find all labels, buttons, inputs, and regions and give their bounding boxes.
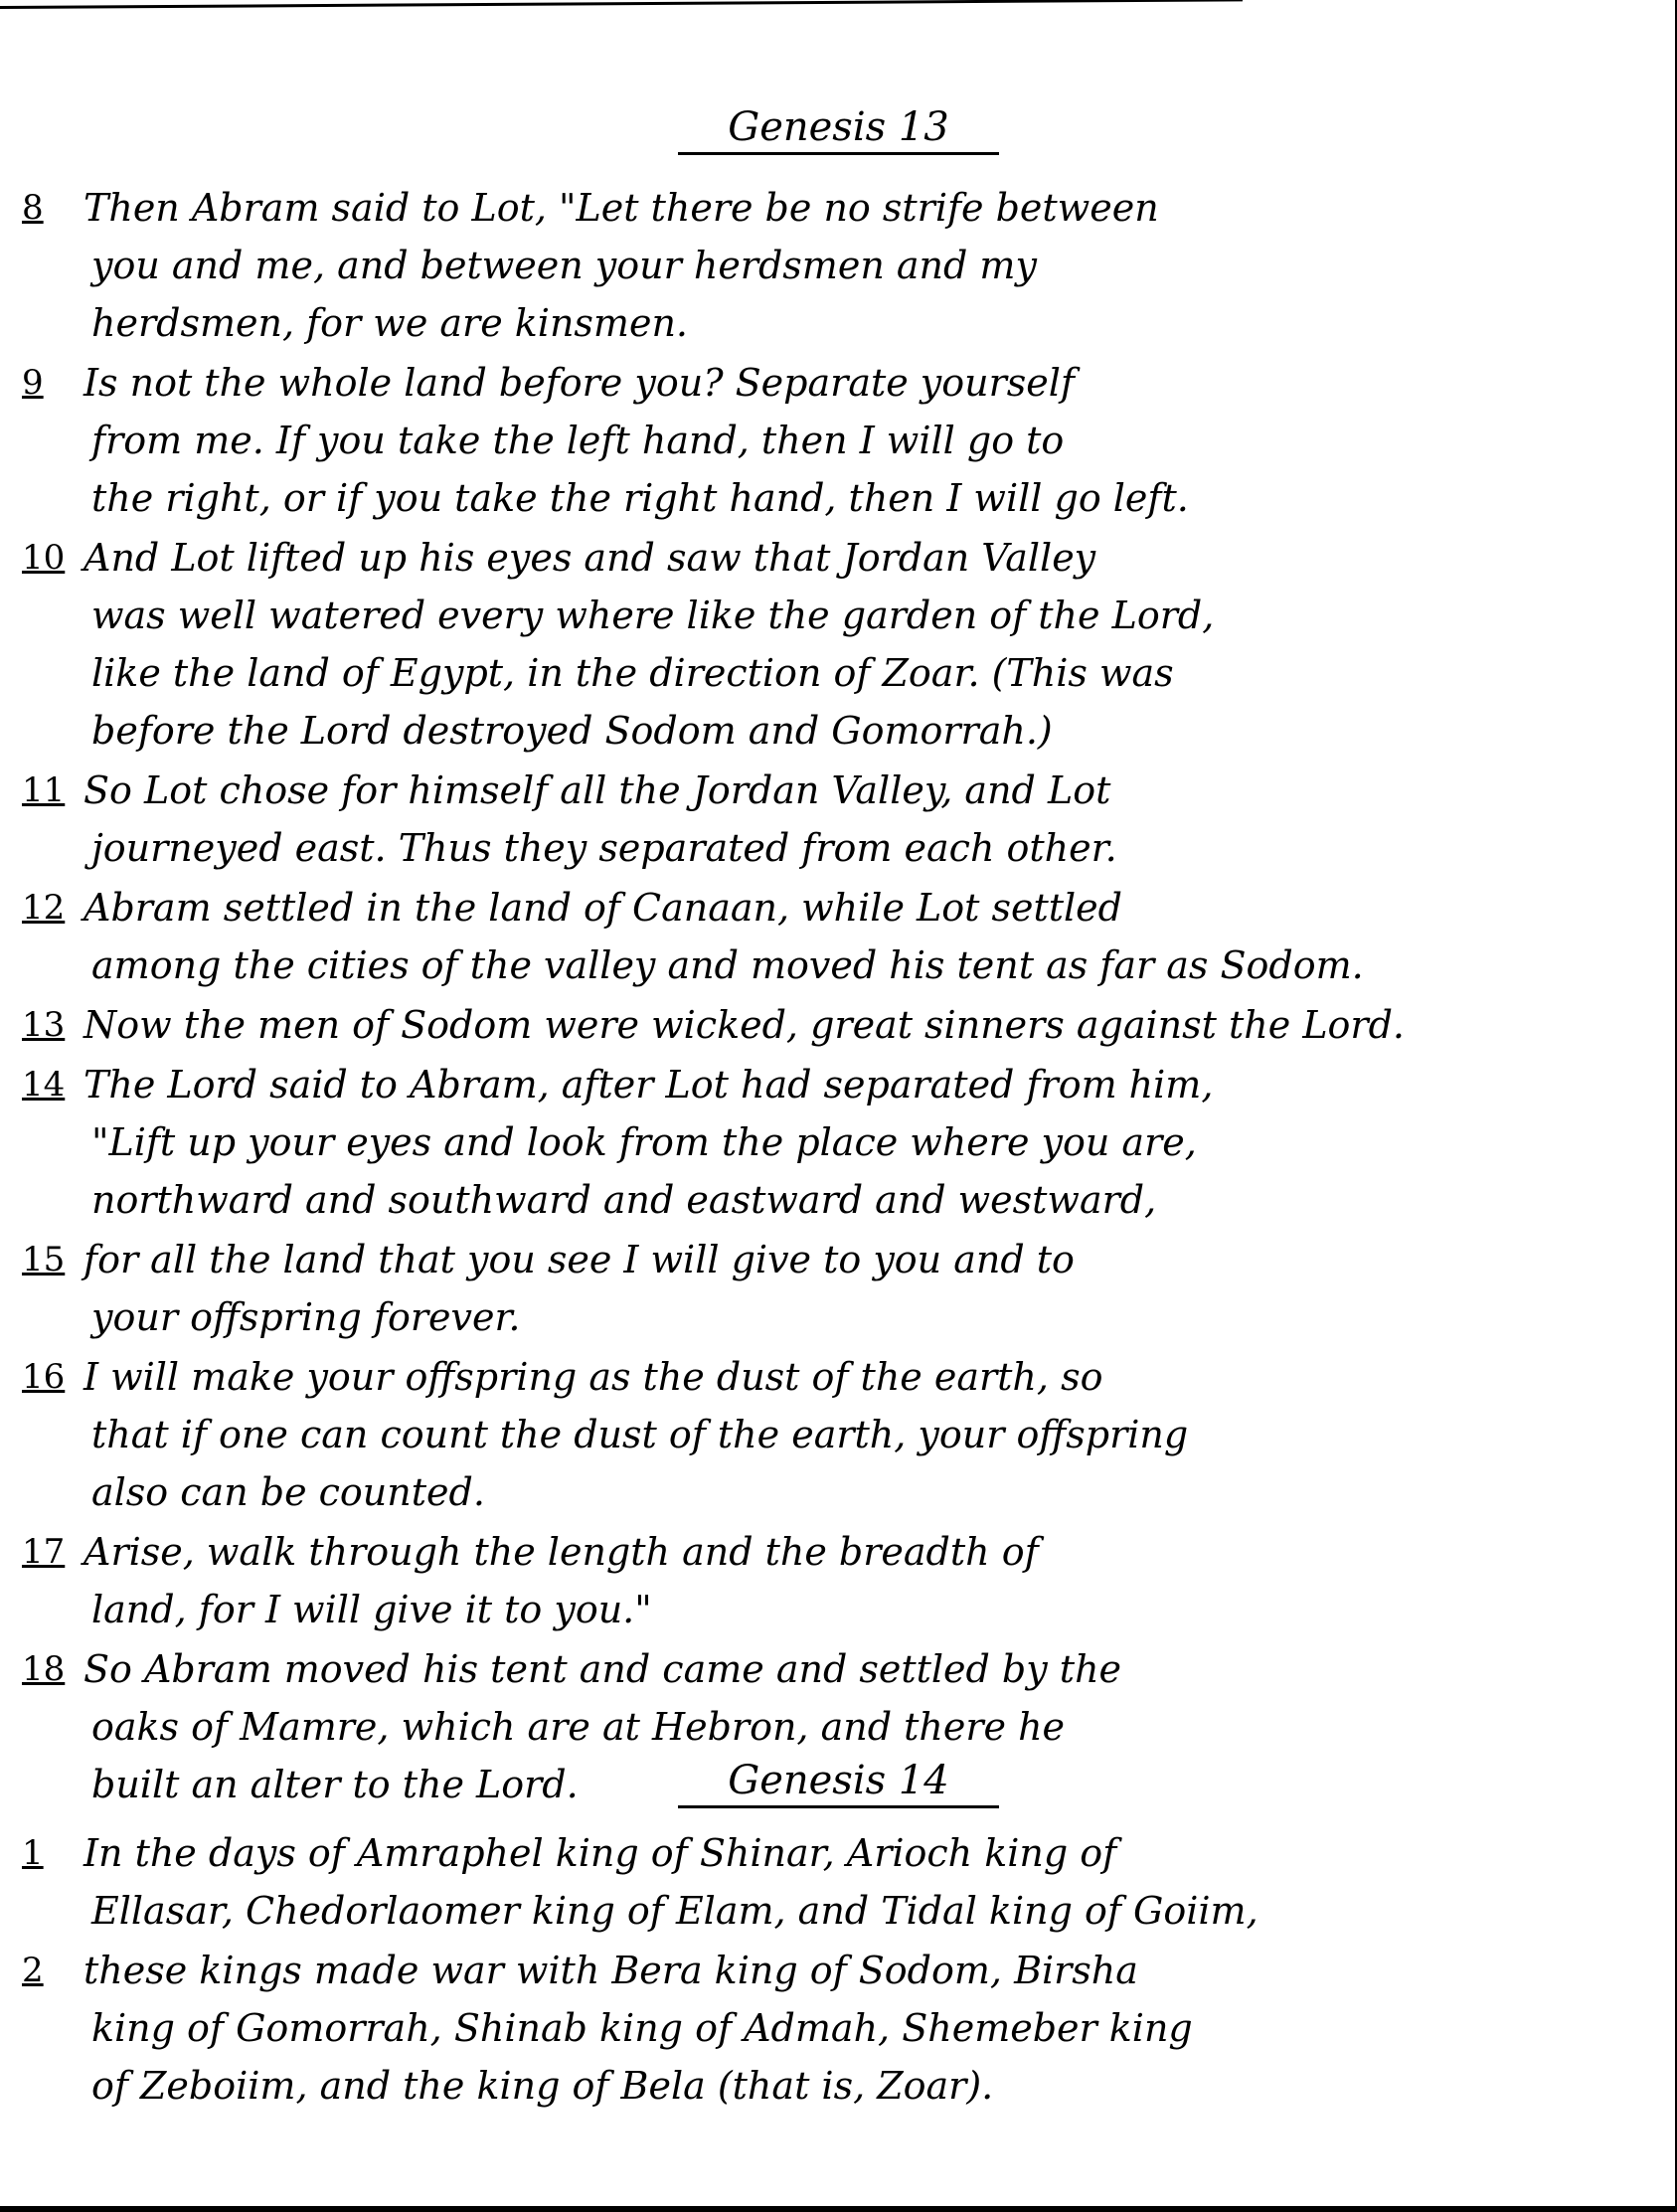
verse: 16I will make your offspring as the dust… <box>22 1348 1652 1521</box>
verse-number: 2 <box>22 1942 70 1999</box>
verse-line: for all the land that you see I will giv… <box>84 1231 1652 1288</box>
verse-line: northward and southward and eastward and… <box>91 1171 1652 1229</box>
verse-number: 12 <box>22 879 70 936</box>
verse-line: the right, or if you take the right hand… <box>91 469 1652 527</box>
verse-line: land, for I will give it to you." <box>91 1581 1652 1638</box>
verse-line: I will make your offspring as the dust o… <box>84 1348 1652 1406</box>
verse: 1In the days of Amraphel king of Shinar,… <box>22 1824 1652 1940</box>
verse-line: oaks of Mamre, which are at Hebron, and … <box>91 1698 1652 1756</box>
verse-line: of Zeboiim, and the king of Bela (that i… <box>91 2057 1652 2115</box>
verse: 11So Lot chose for himself all the Jorda… <box>22 762 1652 877</box>
verse-number: 17 <box>22 1523 70 1581</box>
verse: 13Now the men of Sodom were wicked, grea… <box>22 996 1652 1054</box>
verse-number: 14 <box>22 1056 70 1113</box>
verse-number: 11 <box>22 762 70 819</box>
verse-line: Now the men of Sodom were wicked, great … <box>84 996 1652 1054</box>
verse-number: 13 <box>22 996 70 1054</box>
verse-line: that if one can count the dust of the ea… <box>91 1406 1652 1463</box>
scan-bottom-edge-bar <box>0 2206 1677 2212</box>
section-heading-genesis-13: Genesis 13 <box>0 104 1677 155</box>
verse: 12Abram settled in the land of Canaan, w… <box>22 879 1652 994</box>
verse-number: 16 <box>22 1348 70 1406</box>
verse-line: king of Gomorrah, Shinab king of Admah, … <box>91 1999 1652 2057</box>
heading-text: Genesis 14 <box>678 1758 999 1808</box>
verse-line: And Lot lifted up his eyes and saw that … <box>84 529 1652 587</box>
verse-number: 15 <box>22 1231 70 1288</box>
verse-number: 18 <box>22 1640 70 1698</box>
verse-line: also can be counted. <box>91 1463 1652 1521</box>
scan-top-edge-line <box>0 0 1243 9</box>
verse-line: was well watered every where like the ga… <box>91 587 1652 644</box>
verse-line: your offspring forever. <box>91 1288 1652 1346</box>
verse-line: journeyed east. Thus they separated from… <box>91 819 1652 877</box>
verse: 2these kings made war with Bera king of … <box>22 1942 1652 2115</box>
verse-line: Arise, walk through the length and the b… <box>84 1523 1652 1581</box>
verse-line: Is not the whole land before you? Separa… <box>84 354 1652 412</box>
section-heading-genesis-14: Genesis 14 <box>0 1758 1677 1808</box>
verse-number: 8 <box>22 179 70 237</box>
verse-line: So Abram moved his tent and came and set… <box>84 1640 1652 1698</box>
verse-number: 9 <box>22 354 70 412</box>
verse-line: Then Abram said to Lot, "Let there be no… <box>84 179 1652 237</box>
verse-line: like the land of Egypt, in the direction… <box>91 644 1652 702</box>
verse-number: 1 <box>22 1824 70 1882</box>
verse-line: In the days of Amraphel king of Shinar, … <box>84 1824 1652 1882</box>
verse-line: from me. If you take the left hand, then… <box>91 412 1652 469</box>
verse-number: 10 <box>22 529 70 587</box>
verse-line: before the Lord destroyed Sodom and Gomo… <box>91 702 1652 760</box>
verse: 15for all the land that you see I will g… <box>22 1231 1652 1346</box>
verse-line: among the cities of the valley and moved… <box>91 936 1652 994</box>
verse-line: these kings made war with Bera king of S… <box>84 1942 1652 1999</box>
verse-line: "Lift up your eyes and look from the pla… <box>91 1113 1652 1171</box>
verse: 17Arise, walk through the length and the… <box>22 1523 1652 1638</box>
verse: 8Then Abram said to Lot, "Let there be n… <box>22 179 1652 352</box>
verse-line: herdsmen, for we are kinsmen. <box>91 294 1652 352</box>
verse-line: Abram settled in the land of Canaan, whi… <box>84 879 1652 936</box>
verse-line: Ellasar, Chedorlaomer king of Elam, and … <box>91 1882 1652 1940</box>
verse-line: So Lot chose for himself all the Jordan … <box>84 762 1652 819</box>
verse-line: The Lord said to Abram, after Lot had se… <box>84 1056 1652 1113</box>
verse-line: you and me, and between your herdsmen an… <box>91 237 1652 294</box>
verse: 10And Lot lifted up his eyes and saw tha… <box>22 529 1652 760</box>
verse: 14The Lord said to Abram, after Lot had … <box>22 1056 1652 1229</box>
heading-text: Genesis 13 <box>678 104 999 155</box>
verse: 9Is not the whole land before you? Separ… <box>22 354 1652 527</box>
